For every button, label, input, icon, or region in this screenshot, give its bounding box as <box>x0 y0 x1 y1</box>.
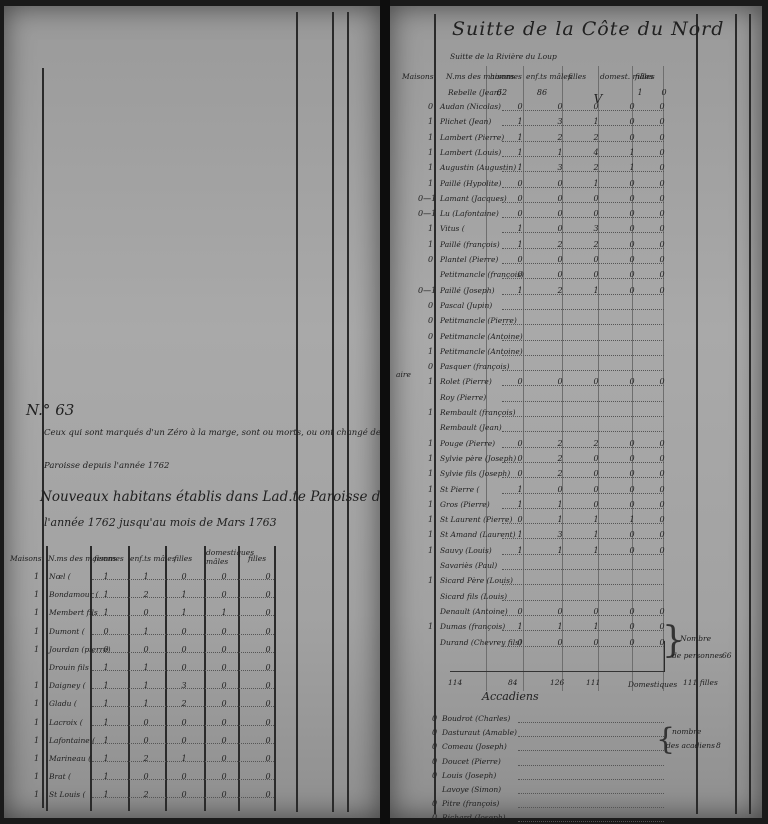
col-header-femmes: femmes <box>94 554 124 563</box>
resident-name: Lu (Lafontaine) <box>440 209 499 218</box>
row-marker: 1 <box>428 469 433 478</box>
row-leader <box>502 294 664 295</box>
cell-value: 1 <box>514 622 526 631</box>
total-enfants-males: 126 <box>550 678 564 687</box>
settler-name: Drouin fils <box>49 663 89 672</box>
cell-value: 1 <box>514 224 526 233</box>
row-leader <box>518 821 664 822</box>
cell-value: 1 <box>100 663 112 672</box>
cell-value: 0 <box>626 439 638 448</box>
cell-value: 0 <box>140 736 152 745</box>
cell-value: 0 <box>656 224 668 233</box>
row-marker: 1 <box>34 681 39 690</box>
table-rule <box>204 546 206 811</box>
cell-value: 1 <box>100 699 112 708</box>
cell-value: 0 <box>656 454 668 463</box>
row-marker: 1 <box>428 576 433 585</box>
nombre-personnes-value: 66 <box>722 651 732 660</box>
row-leader <box>502 232 664 233</box>
row-marker: 1 <box>428 439 433 448</box>
cell-value: 1 <box>100 736 112 745</box>
cell-value: 62 <box>496 88 508 97</box>
entry-number: N.° 63 <box>26 401 74 419</box>
row-marker: 1 <box>428 179 433 188</box>
cell-value: 1 <box>626 148 638 157</box>
cell-value: 1 <box>140 681 152 690</box>
cell-value: 0 <box>626 240 638 249</box>
cell-value: 0 <box>656 255 668 264</box>
cell-value: 0 <box>658 88 670 97</box>
cell-value: 0 <box>178 790 190 799</box>
resident-name: Lambert (Pierre) <box>440 133 504 142</box>
row-marker: 0—1 <box>418 209 436 218</box>
cell-value: 0 <box>262 663 274 672</box>
cell-value: 0 <box>590 102 602 111</box>
cell-value: 2 <box>590 439 602 448</box>
cell-value: 0 <box>140 718 152 727</box>
cell-value: 0 <box>656 286 668 295</box>
settler-name: Brat ( <box>49 772 71 781</box>
column-rule <box>332 12 334 812</box>
resident-name: Savariès (Paul) <box>440 561 497 570</box>
row-marker: 1 <box>428 117 433 126</box>
row-leader <box>502 523 664 524</box>
row-leader <box>502 584 664 585</box>
row-marker: 1 <box>34 754 39 763</box>
col-header-filles-2: filles <box>635 72 653 81</box>
table-rule <box>165 546 167 811</box>
cell-value: 2 <box>554 454 566 463</box>
total-maisons: 114 <box>448 678 462 687</box>
cell-value: 1 <box>590 546 602 555</box>
cell-value: 0 <box>590 377 602 386</box>
cell-value: 0 <box>626 102 638 111</box>
cell-value: 0 <box>514 638 526 647</box>
cell-value: 1 <box>590 179 602 188</box>
cell-value: 0 <box>262 627 274 636</box>
row-leader <box>502 263 664 264</box>
cell-value: 0 <box>178 663 190 672</box>
cell-value: 0 <box>140 608 152 617</box>
row-marker: 0—1 <box>418 194 436 203</box>
resident-name: Plichet (Jean) <box>440 117 491 126</box>
row-marker: 0 <box>432 771 437 780</box>
cell-value: 0 <box>590 209 602 218</box>
cell-value: 1 <box>626 515 638 524</box>
cell-value: 0 <box>626 179 638 188</box>
cell-value: 0 <box>626 546 638 555</box>
row-leader <box>502 462 664 463</box>
row-leader <box>502 217 664 218</box>
cell-value: 0 <box>218 718 230 727</box>
table-rule <box>274 546 276 811</box>
cell-value: 0 <box>514 377 526 386</box>
cell-value: 0 <box>626 469 638 478</box>
row-leader <box>502 508 664 509</box>
row-leader <box>502 630 664 631</box>
row-marker: 0 <box>432 742 437 751</box>
cell-value: 1 <box>100 790 112 799</box>
row-leader <box>502 554 664 555</box>
row-marker: 1 <box>428 148 433 157</box>
col-header-enfants-males: enf.ts mâles <box>526 72 572 81</box>
row-leader <box>502 110 664 111</box>
cell-value: 0 <box>218 790 230 799</box>
resident-name: Pouge (Pierre) <box>440 439 495 448</box>
settler-name: Dumont ( <box>49 627 85 636</box>
cell-value: 0 <box>514 454 526 463</box>
left-ledger-page: N.° 63 Ceux qui sont marqués d'un Zéro à… <box>4 6 380 818</box>
cell-value: 0 <box>656 240 668 249</box>
cell-value: 3 <box>554 530 566 539</box>
book-gutter <box>380 0 390 824</box>
acadien-name: Dasturaut (Amable) <box>442 728 517 737</box>
cell-value: 1 <box>634 88 646 97</box>
cell-value: 0 <box>514 255 526 264</box>
cell-value: 0 <box>178 645 190 654</box>
row-leader <box>502 493 664 494</box>
cell-value: 0 <box>626 270 638 279</box>
cell-value: 0 <box>262 681 274 690</box>
resident-name: Denault (Antoine) <box>440 607 508 616</box>
resident-name: Audan (Nicolas) <box>440 102 501 111</box>
cell-value: 1 <box>514 163 526 172</box>
row-marker: 0—1 <box>418 286 436 295</box>
row-leader <box>518 736 664 737</box>
col-header-maisons: Maisons <box>10 554 42 563</box>
totals-rule <box>450 671 665 672</box>
section-heading-line-2: l'année 1762 jusqu'au mois de Mars 1763 <box>44 516 277 529</box>
cell-value: 0 <box>262 572 274 581</box>
row-leader <box>502 416 664 417</box>
row-marker: 1 <box>428 163 433 172</box>
cell-value: 0 <box>218 681 230 690</box>
resident-name: Paillé (Hypolite) <box>440 179 501 188</box>
row-leader <box>502 248 664 249</box>
cell-value: 0 <box>178 736 190 745</box>
cell-value: 0 <box>590 638 602 647</box>
table-rule <box>238 546 240 811</box>
cell-value: 1 <box>590 515 602 524</box>
cell-value: 0 <box>262 754 274 763</box>
row-marker: 0 <box>432 799 437 808</box>
settler-name: Daigney ( <box>49 681 86 690</box>
col-header-hommes: hommes <box>490 72 522 81</box>
cell-value: 0 <box>590 270 602 279</box>
cell-value: 0 <box>262 772 274 781</box>
nombre-label-1: Nombre <box>680 634 711 643</box>
row-leader <box>502 370 664 371</box>
col-header-domestiques: domestiques mâles <box>206 548 238 566</box>
cell-value: 0 <box>656 163 668 172</box>
cell-value: 0 <box>554 270 566 279</box>
cell-value: 0 <box>100 627 112 636</box>
row-marker: 0 <box>428 316 433 325</box>
cell-value: 1 <box>554 500 566 509</box>
cell-value: 0 <box>626 607 638 616</box>
cell-value: 1 <box>100 772 112 781</box>
cell-value: 0 <box>554 638 566 647</box>
row-leader <box>502 141 664 142</box>
cell-value: 0 <box>514 209 526 218</box>
margin-rule <box>434 14 436 814</box>
row-marker: 1 <box>428 408 433 417</box>
cell-value: 0 <box>178 572 190 581</box>
cell-value: 1 <box>100 608 112 617</box>
cell-value: 0 <box>262 608 274 617</box>
cell-value: 86 <box>536 88 548 97</box>
row-leader <box>518 765 664 766</box>
cell-value: 0 <box>514 515 526 524</box>
cell-value: 1 <box>554 546 566 555</box>
cell-value: 1 <box>590 530 602 539</box>
cell-value: 0 <box>262 718 274 727</box>
row-leader <box>502 538 664 539</box>
cell-value: 0 <box>218 572 230 581</box>
resident-name: Rembault (Jean) <box>440 423 502 432</box>
row-marker: 0 <box>428 102 433 111</box>
resident-name: Lamant (Jacques) <box>440 194 507 203</box>
col-header-maisons: Maisons <box>402 72 434 81</box>
cell-value: 0 <box>656 546 668 555</box>
margin-note: aire <box>396 370 411 379</box>
row-marker: 1 <box>34 590 39 599</box>
cell-value: 2 <box>140 754 152 763</box>
cell-value: 1 <box>218 608 230 617</box>
cell-value: 0 <box>656 485 668 494</box>
acadiens-heading: Accadiens <box>482 690 539 703</box>
row-leader <box>502 401 664 402</box>
row-leader <box>518 793 664 794</box>
acadien-name: Richard (Joseph) <box>442 813 506 822</box>
acadiens-nombre-label-1: nombre <box>672 727 701 736</box>
col-header-filles-2: filles <box>248 554 266 563</box>
cell-value: 1 <box>514 485 526 494</box>
note-line-1: Ceux qui sont marqués d'un Zéro à la mar… <box>44 428 381 438</box>
column-rule <box>347 12 349 812</box>
nombre-label-2: de personnes <box>672 651 723 660</box>
row-marker: 0 <box>428 255 433 264</box>
cell-value: 0 <box>554 485 566 494</box>
cell-value: 0 <box>656 469 668 478</box>
cell-value: 0 <box>656 500 668 509</box>
cell-value: 0 <box>656 377 668 386</box>
cell-value: 0 <box>218 736 230 745</box>
cell-value: 1 <box>514 546 526 555</box>
acadien-name: Doucet (Pierre) <box>442 757 501 766</box>
settler-name: St Louis ( <box>49 790 85 799</box>
cell-value: 0 <box>178 772 190 781</box>
cell-value: 0 <box>656 209 668 218</box>
row-leader <box>502 569 664 570</box>
cell-value: 0 <box>626 485 638 494</box>
cell-value: 0 <box>554 179 566 188</box>
margin-rule <box>42 68 44 808</box>
acadien-name: Pitre (françois) <box>442 799 499 808</box>
row-marker: 1 <box>34 772 39 781</box>
row-marker: 1 <box>428 546 433 555</box>
row-marker: 1 <box>428 530 433 539</box>
cell-value: 0 <box>626 530 638 539</box>
cell-value: 0 <box>656 439 668 448</box>
cell-value: 1 <box>140 572 152 581</box>
row-marker: 1 <box>34 608 39 617</box>
cell-value: 0 <box>514 439 526 448</box>
row-leader <box>502 171 664 172</box>
cell-value: 0 <box>656 133 668 142</box>
first-row-name: Rebelle (Jean) <box>448 88 502 97</box>
cell-value: 0 <box>626 500 638 509</box>
row-leader <box>502 340 664 341</box>
cell-value: 0 <box>590 500 602 509</box>
cell-value: 1 <box>100 718 112 727</box>
cell-value: 2 <box>140 790 152 799</box>
row-marker: 0 <box>428 362 433 371</box>
cell-value: 0 <box>140 645 152 654</box>
cell-value: 0 <box>554 377 566 386</box>
settler-name: Nœl ( <box>49 572 71 581</box>
cell-value: 0 <box>626 224 638 233</box>
row-marker: 1 <box>34 718 39 727</box>
cell-value: 1 <box>178 608 190 617</box>
row-leader <box>502 447 664 448</box>
cell-value: 1 <box>590 117 602 126</box>
cell-value: 0 <box>178 627 190 636</box>
cell-value: 2 <box>140 590 152 599</box>
col-header-filles: filles <box>568 72 586 81</box>
row-marker: 1 <box>428 622 433 631</box>
cell-value: 0 <box>656 179 668 188</box>
row-marker: 1 <box>428 515 433 524</box>
cell-value: 0 <box>554 102 566 111</box>
row-marker: 1 <box>34 572 39 581</box>
cell-value: 1 <box>100 681 112 690</box>
cell-value: 0 <box>262 645 274 654</box>
cell-value: 4 <box>590 148 602 157</box>
row-marker: 1 <box>428 500 433 509</box>
row-marker: 1 <box>34 736 39 745</box>
cell-value: 3 <box>554 163 566 172</box>
column-rule <box>735 14 737 814</box>
settler-name: Gladu ( <box>49 699 77 708</box>
column-rule <box>749 14 751 814</box>
cell-value: 1 <box>554 622 566 631</box>
row-marker: 1 <box>34 645 39 654</box>
settler-name: Membert fils <box>49 608 98 617</box>
right-ledger-page: Suitte de la Côte du Nord Suitte de la R… <box>390 6 762 818</box>
row-leader <box>502 355 664 356</box>
row-leader <box>518 722 664 723</box>
cell-value: 2 <box>554 469 566 478</box>
cell-value: 2 <box>590 240 602 249</box>
cell-value: 0 <box>656 530 668 539</box>
cell-value: 1 <box>100 590 112 599</box>
cell-value: 0 <box>218 699 230 708</box>
cell-value: 0 <box>626 194 638 203</box>
cell-value: 3 <box>554 117 566 126</box>
cell-value: 2 <box>554 286 566 295</box>
cell-value: 0 <box>514 102 526 111</box>
row-marker: 0 <box>432 813 437 822</box>
cell-value: 2 <box>590 163 602 172</box>
resident-name: Gros (Pierre) <box>440 500 490 509</box>
cell-value: 1 <box>554 515 566 524</box>
cell-value: 1 <box>100 572 112 581</box>
row-leader <box>518 750 664 751</box>
cell-value: 1 <box>514 500 526 509</box>
cell-value: 2 <box>554 439 566 448</box>
cell-value: 0 <box>514 194 526 203</box>
col-header-filles: filles <box>174 554 192 563</box>
acadien-name: Louis (Joseph) <box>442 771 496 780</box>
cell-value: 0 <box>554 209 566 218</box>
cell-value: 0 <box>590 469 602 478</box>
row-marker: 1 <box>428 240 433 249</box>
cell-value: 0 <box>554 255 566 264</box>
cell-value: 0 <box>590 454 602 463</box>
acadiens-nombre-value: 8 <box>716 741 721 750</box>
cell-value: 0 <box>100 645 112 654</box>
cell-value: 0 <box>626 622 638 631</box>
row-marker: 1 <box>428 454 433 463</box>
resident-name: Paillé (Joseph) <box>440 286 495 295</box>
row-leader <box>502 615 664 616</box>
cell-value: 1 <box>590 622 602 631</box>
cell-value: 1 <box>514 530 526 539</box>
acadien-name: Comeau (Joseph) <box>442 742 507 751</box>
row-leader <box>518 779 664 780</box>
row-leader <box>502 431 664 432</box>
cell-value: 0 <box>656 515 668 524</box>
column-rule <box>296 12 298 812</box>
page-subtitle: Suitte de la Rivière du Loup <box>450 52 557 61</box>
settler-name: Lacroix ( <box>49 718 83 727</box>
cell-value: 0 <box>514 469 526 478</box>
cell-value: 0 <box>626 377 638 386</box>
cell-value: 0 <box>656 194 668 203</box>
resident-name: Sicard fils (Louis) <box>440 592 507 601</box>
settler-name: Marineau ( <box>49 754 91 763</box>
resident-name: Plantel (Pierre) <box>440 255 498 264</box>
acadiens-nombre-label-2: des acadiens <box>666 741 715 750</box>
settler-name: Lafontaine ( <box>49 736 95 745</box>
row-leader <box>502 187 664 188</box>
cell-value: 0 <box>262 736 274 745</box>
cell-value: 0 <box>218 590 230 599</box>
cell-value: 0 <box>262 790 274 799</box>
acadien-name: Boudrot (Charles) <box>442 714 510 723</box>
cell-value: 1 <box>100 754 112 763</box>
table-rule <box>128 546 130 811</box>
page-title: Suitte de la Côte du Nord <box>452 18 724 40</box>
cell-value: 0 <box>656 607 668 616</box>
resident-name: Pasquer (françois) <box>440 362 510 371</box>
row-marker: 1 <box>428 224 433 233</box>
row-marker: 0 <box>428 301 433 310</box>
cell-value: 0 <box>656 117 668 126</box>
resident-name: Vitus ( <box>440 224 465 233</box>
cell-value: 2 <box>178 699 190 708</box>
cell-value: 0 <box>218 663 230 672</box>
cell-value: 0 <box>554 194 566 203</box>
cell-value: 1 <box>514 240 526 249</box>
row-marker: 1 <box>428 485 433 494</box>
cell-value: 0 <box>590 255 602 264</box>
resident-name: Roy (Pierre) <box>440 393 486 402</box>
cell-value: 0 <box>262 590 274 599</box>
row-leader <box>502 278 664 279</box>
cell-value: 0 <box>590 485 602 494</box>
